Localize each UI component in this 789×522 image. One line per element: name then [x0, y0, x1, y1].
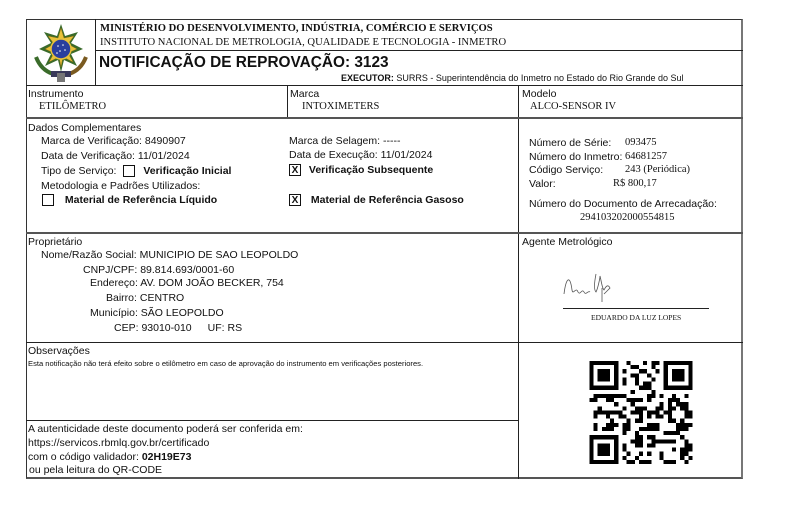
- material-gasoso: X Material de Referência Gasoso: [289, 194, 464, 206]
- material-gasoso-checkbox[interactable]: X: [289, 194, 301, 206]
- numero-serie-label: Número de Série:: [529, 137, 611, 149]
- valor-label: Valor:: [529, 178, 556, 190]
- ministry-name: MINISTÉRIO DO DESENVOLVIMENTO, INDÚSTRIA…: [100, 23, 493, 35]
- proprietario-label: Proprietário: [28, 236, 82, 248]
- codigo-servico-value: 243 (Periódica): [625, 164, 690, 176]
- agente-label: Agente Metrológico: [522, 236, 612, 248]
- divider: [518, 234, 519, 342]
- endereco-label: Endereço:: [90, 277, 138, 289]
- header-bottom-rule: [26, 85, 743, 86]
- municipio-row: Município: SÃO LEOPOLDO: [90, 307, 224, 319]
- instrumento-label: Instrumento: [28, 88, 83, 100]
- observacoes-text: Esta notificação não terá efeito sobre o…: [28, 359, 423, 369]
- modelo-value: ALCO-SENSOR IV: [530, 101, 616, 113]
- municipio-value: SÃO LEOPOLDO: [141, 307, 224, 319]
- verificacao-inicial-checkbox[interactable]: [123, 165, 135, 177]
- material-liquido-checkbox[interactable]: [42, 194, 54, 206]
- cep-label: CEP:: [114, 322, 139, 334]
- endereco-value: AV. DOM JOÃO BECKER, 754: [140, 277, 284, 289]
- numero-inmetro-value: 64681257: [625, 151, 667, 163]
- cep-value: 93010-010: [141, 322, 191, 334]
- row-rule: [26, 232, 743, 234]
- dados-label: Dados Complementares: [28, 122, 141, 134]
- divider: [518, 119, 519, 232]
- executor-line: EXECUTOR: SURRS - Superintendência do In…: [341, 73, 684, 84]
- codigo-servico-label: Código Serviço:: [529, 164, 603, 176]
- row-rule: [26, 342, 743, 343]
- instrumento-value: ETILÔMETRO: [39, 101, 106, 113]
- signature-icon: [560, 268, 620, 304]
- metodologia-label: Metodologia e Padrões Utilizados:: [41, 180, 200, 192]
- marca-label: Marca: [290, 88, 319, 100]
- executor-label: EXECUTOR:: [341, 73, 394, 83]
- codigo-validador: com o código validador: 02H19E73: [28, 451, 191, 463]
- header-divider: [95, 19, 96, 85]
- codigo-prefix: com o código validador:: [28, 451, 139, 463]
- signature-line: [563, 308, 709, 309]
- numero-serie-value: 093475: [625, 137, 657, 149]
- executor-value: SURRS - Superintendência do Inmetro no E…: [396, 73, 683, 83]
- marca-verificacao: Marca de Verificação: 8490907: [41, 135, 186, 147]
- verificacao-subsequente: X Verificação Subsequente: [289, 164, 433, 176]
- cnpj-value: 89.814.693/0001-60: [140, 264, 234, 276]
- verificacao-subsequente-label: Verificação Subsequente: [309, 164, 433, 176]
- page-title: NOTIFICAÇÃO DE REPROVAÇÃO: 3123: [99, 54, 389, 72]
- documento-label: Número do Documento de Arrecadação:: [529, 198, 717, 210]
- endereco-row: Endereço: AV. DOM JOÃO BECKER, 754: [90, 277, 284, 289]
- material-gasoso-label: Material de Referência Gasoso: [311, 194, 464, 206]
- tipo-servico-label: Tipo de Serviço:: [41, 165, 116, 177]
- header-rule: [95, 50, 743, 51]
- material-liquido-label: Material de Referência Líquido: [65, 194, 217, 206]
- uf-value: RS: [228, 322, 243, 334]
- material-liquido: Material de Referência Líquido: [42, 194, 217, 206]
- bairro-value: CENTRO: [140, 292, 184, 304]
- cnpj-row: CNPJ/CPF: 89.814.693/0001-60: [83, 264, 234, 276]
- data-verificacao: Data de Verificação: 11/01/2024: [41, 150, 190, 162]
- tipo-servico: Tipo de Serviço: Verificação Inicial: [41, 165, 231, 177]
- divider: [518, 342, 519, 479]
- row-rule: [26, 117, 743, 119]
- divider: [518, 85, 519, 117]
- modelo-label: Modelo: [522, 88, 556, 100]
- bairro-label: Bairro:: [106, 292, 137, 304]
- marca-value: INTOXIMETERS: [302, 101, 379, 113]
- verificacao-inicial-label: Verificação Inicial: [143, 165, 231, 177]
- verificacao-subsequente-checkbox[interactable]: X: [289, 164, 301, 176]
- autenticidade-line4: ou pela leitura do QR-CODE: [29, 464, 162, 476]
- municipio-label: Município:: [90, 307, 138, 319]
- numero-inmetro-label: Número do Inmetro:: [529, 151, 622, 163]
- bairro-row: Bairro: CENTRO: [106, 292, 184, 304]
- uf-label: UF:: [208, 322, 225, 334]
- codigo-value: 02H19E73: [142, 451, 192, 463]
- documento-value: 294103202000554815: [580, 212, 675, 224]
- marca-selagem: Marca de Selagem: -----: [289, 135, 400, 147]
- observacoes-label: Observações: [28, 345, 90, 357]
- nome-value: MUNICIPIO DE SAO LEOPOLDO: [140, 249, 299, 261]
- divider: [287, 85, 288, 117]
- qr-code-icon[interactable]: [589, 361, 693, 464]
- institute-name: INSTITUTO NACIONAL DE METROLOGIA, QUALID…: [100, 37, 506, 49]
- coat-of-arms-icon: [31, 22, 91, 84]
- data-execucao: Data de Execução: 11/01/2024: [289, 149, 432, 161]
- cnpj-label: CNPJ/CPF:: [83, 264, 137, 276]
- valor-value: R$ 800,17: [613, 178, 657, 190]
- validation-url[interactable]: https://servicos.rbmlq.gov.br/certificad…: [28, 437, 209, 449]
- agente-name: EDUARDO DA LUZ LOPES: [591, 313, 681, 322]
- cep-row: CEP: 93010-010UF: RS: [114, 322, 242, 334]
- nome-row: Nome/Razão Social: MUNICIPIO DE SAO LEOP…: [41, 249, 298, 261]
- nome-label: Nome/Razão Social:: [41, 249, 137, 261]
- autenticidade-line1: A autenticidade deste documento poderá s…: [28, 423, 303, 435]
- row-rule: [26, 420, 518, 421]
